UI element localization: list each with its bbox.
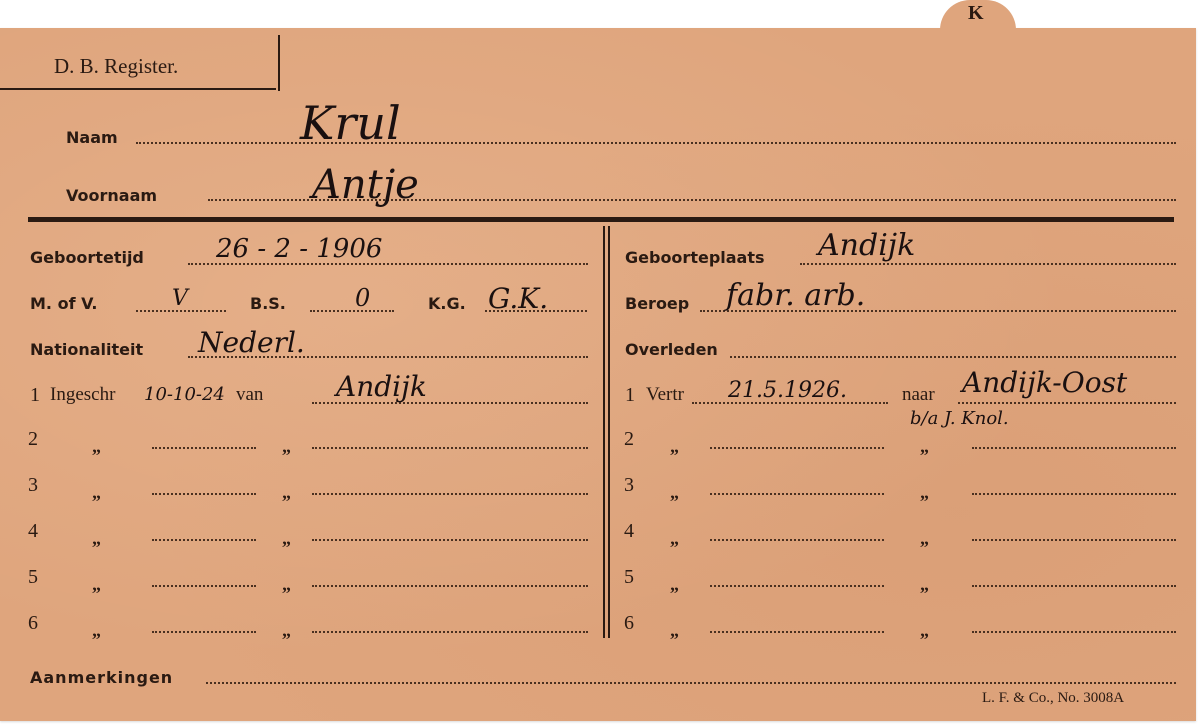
naam-label: Naam xyxy=(66,128,118,147)
vertr-row-6-ditto: „ xyxy=(670,620,679,641)
ingeschr-row-5-ditto: „ xyxy=(92,574,101,595)
aanmerkingen-field-line xyxy=(206,682,1176,684)
naam-field-line xyxy=(136,142,1176,144)
vertr-row-4-number: 4 xyxy=(624,520,634,543)
vertr-row-1-place[interactable]: Andijk-Oost xyxy=(962,366,1127,399)
ingeschr-row-4-number: 4 xyxy=(28,520,38,543)
vertr-row-6-place-line xyxy=(972,631,1176,633)
vertr-row-5-number: 5 xyxy=(624,566,634,589)
printer-mark: L. F. & Co., No. 3008A xyxy=(982,690,1124,707)
register-box-bottom-border xyxy=(0,88,276,90)
index-tab-letter: K xyxy=(968,2,984,25)
voornaam-label: Voornaam xyxy=(66,186,157,205)
vertr-row-6-number: 6 xyxy=(624,612,634,635)
ingeschr-row-6-number: 6 xyxy=(28,612,38,635)
ingeschr-row-1-date[interactable]: 10-10-24 xyxy=(144,384,225,405)
vertr-row-4-date-line xyxy=(710,539,884,541)
column-divider-right xyxy=(608,226,610,638)
ingeschr-row-6-ditto: „ xyxy=(92,620,101,641)
ingeschr-row-5-date-line xyxy=(152,585,256,587)
bs-value[interactable]: 0 xyxy=(355,284,370,312)
beroep-label: Beroep xyxy=(625,294,689,313)
nationaliteit-label: Nationaliteit xyxy=(30,340,143,359)
vertr-row-1-date[interactable]: 21.5.1926. xyxy=(728,378,847,403)
ingeschr-row-6-place-line xyxy=(312,631,588,633)
register-title: D. B. Register. xyxy=(54,54,178,79)
ingeschr-row-2-ditto: „ xyxy=(92,436,101,457)
naam-value[interactable]: Krul xyxy=(300,96,401,150)
ingeschr-row-2-place-line xyxy=(312,447,588,449)
kg-value[interactable]: G.K. xyxy=(488,282,548,315)
ingeschr-row-3-place-line xyxy=(312,493,588,495)
vertr-row-1-number: 1 xyxy=(625,384,635,407)
vertr-row-3-ditto: „ xyxy=(670,482,679,503)
geboortetijd-value[interactable]: 26 - 2 - 1906 xyxy=(216,234,382,264)
aanmerkingen-label: Aanmerkingen xyxy=(30,668,173,687)
vertr-row-5-naar-ditto: „ xyxy=(920,574,929,595)
vertr-row-1-place-line xyxy=(958,402,1176,404)
bs-label: B.S. xyxy=(250,294,286,313)
vertr-row-3-naar-ditto: „ xyxy=(920,482,929,503)
ingeschr-row-3-number: 3 xyxy=(28,474,38,497)
bs-field-line xyxy=(310,310,394,312)
geboorteplaats-field-line xyxy=(800,263,1176,265)
ingeschr-row-1-place[interactable]: Andijk xyxy=(336,370,427,403)
ingeschr-row-5-number: 5 xyxy=(28,566,38,589)
vertr-row-2-place-line xyxy=(972,447,1176,449)
ingeschr-row-6-van-ditto: „ xyxy=(282,620,291,641)
kg-label: K.G. xyxy=(428,294,466,313)
vertr-row-5-ditto: „ xyxy=(670,574,679,595)
ingeschr-row-4-van-ditto: „ xyxy=(282,528,291,549)
ingeschr-row-3-ditto: „ xyxy=(92,482,101,503)
vertr-row-2-date-line xyxy=(710,447,884,449)
vertr-row-3-date-line xyxy=(710,493,884,495)
register-box-right-border xyxy=(278,35,280,91)
vertr-row-6-date-line xyxy=(710,631,884,633)
vertr-row-2-number: 2 xyxy=(624,428,634,451)
ingeschr-row-4-date-line xyxy=(152,539,256,541)
vertr-row-2-naar-ditto: „ xyxy=(920,436,929,457)
ingeschr-row-3-van-ditto: „ xyxy=(282,482,291,503)
vertr-row-5-place-line xyxy=(972,585,1176,587)
vertr-row-3-number: 3 xyxy=(624,474,634,497)
vertr-row-1-naar-label: naar xyxy=(902,384,935,406)
vertr-row-5-date-line xyxy=(710,585,884,587)
ingeschr-row-5-place-line xyxy=(312,585,588,587)
ingeschr-row-1-number: 1 xyxy=(30,384,40,407)
nationaliteit-value[interactable]: Nederl. xyxy=(198,326,305,359)
vertr-row-4-ditto: „ xyxy=(670,528,679,549)
geboorteplaats-label: Geboorteplaats xyxy=(625,248,765,267)
ingeschr-row-5-van-ditto: „ xyxy=(282,574,291,595)
ingeschr-row-2-number: 2 xyxy=(28,428,38,451)
beroep-value[interactable]: fabr. arb. xyxy=(726,278,865,313)
vertr-row-1-note[interactable]: b/a J. Knol. xyxy=(910,408,1009,429)
ingeschr-row-4-place-line xyxy=(312,539,588,541)
vertr-row-2-ditto: „ xyxy=(670,436,679,457)
ingeschr-row-3-date-line xyxy=(152,493,256,495)
overleden-field-line xyxy=(730,356,1176,358)
ingeschr-row-4-ditto: „ xyxy=(92,528,101,549)
m-of-v-value[interactable]: V xyxy=(172,286,188,311)
vertr-row-4-naar-ditto: „ xyxy=(920,528,929,549)
header-divider xyxy=(28,217,1174,222)
ingeschr-row-2-van-ditto: „ xyxy=(282,436,291,457)
vertr-row-3-place-line xyxy=(972,493,1176,495)
geboorteplaats-value[interactable]: Andijk xyxy=(818,228,915,263)
ingeschr-row-1-label: Ingeschr xyxy=(50,384,115,406)
geboortetijd-label: Geboortetijd xyxy=(30,248,144,267)
vertr-row-1-label: Vertr xyxy=(646,384,684,406)
m-of-v-label: M. of V. xyxy=(30,294,98,313)
voornaam-value[interactable]: Antje xyxy=(312,162,419,208)
ingeschr-row-2-date-line xyxy=(152,447,256,449)
vertr-row-4-place-line xyxy=(972,539,1176,541)
overleden-label: Overleden xyxy=(625,340,718,359)
ingeschr-row-1-van-label: van xyxy=(236,384,263,406)
column-divider-left xyxy=(603,226,605,638)
ingeschr-row-6-date-line xyxy=(152,631,256,633)
vertr-row-6-naar-ditto: „ xyxy=(920,620,929,641)
